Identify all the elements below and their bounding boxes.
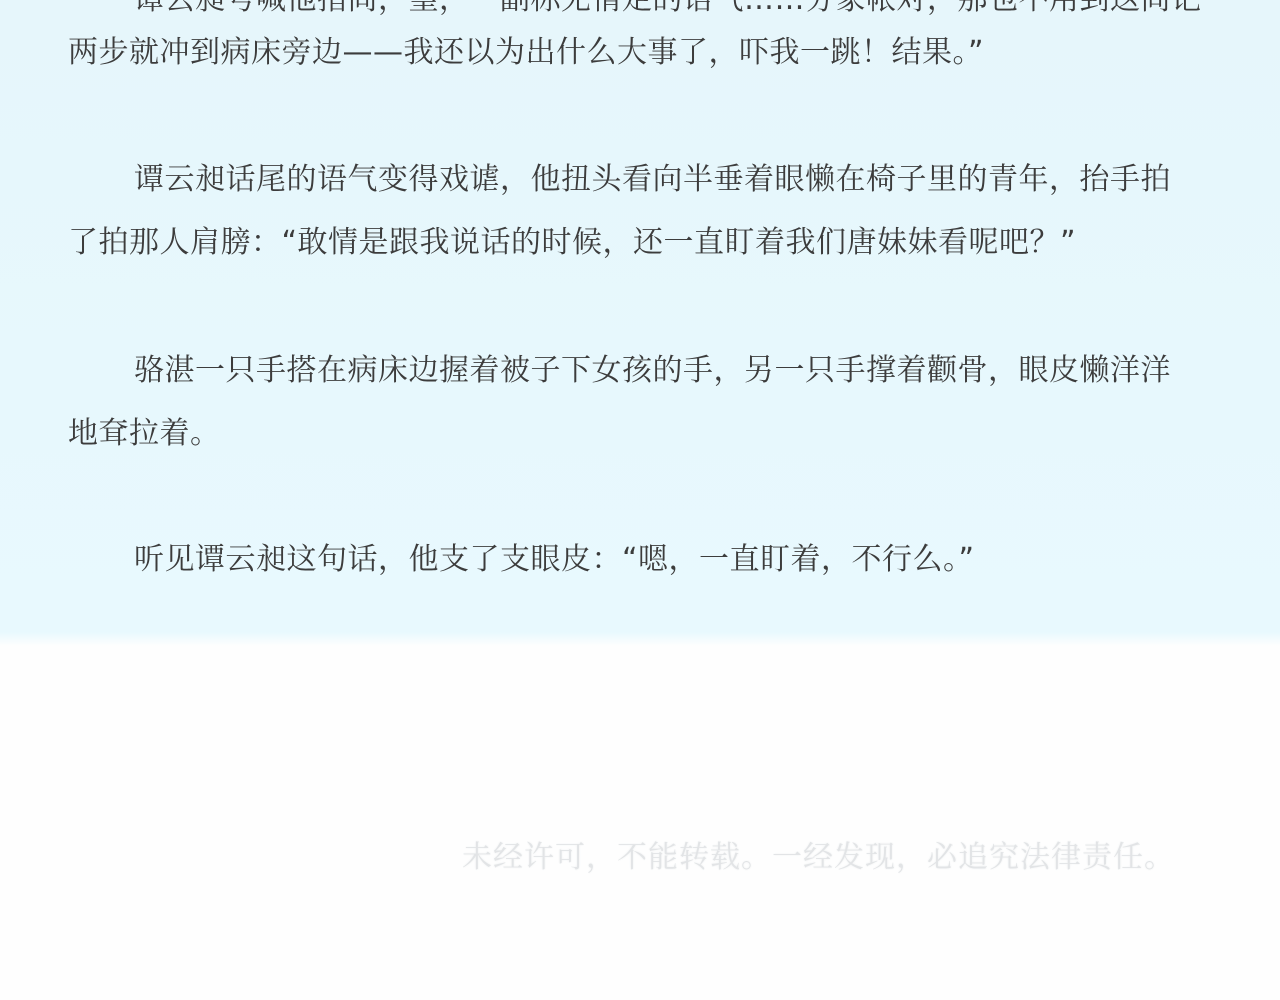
paragraph-1-line-2: 两步就冲到病床旁边——我还以为出什么大事了，吓我一跳！结果。” bbox=[68, 33, 1258, 73]
paragraph-3-line-1: 骆湛一只手搭在病床边握着被子下女孩的手，另一只手撑着颧骨，眼皮懒洋洋 bbox=[134, 351, 1280, 391]
paragraph-2-line-1: 谭云昶话尾的语气变得戏谑，他扭头看向半垂着眼懒在椅子里的青年，抬手拍 bbox=[134, 160, 1280, 200]
cut-off-text-line: 谭云昶号喊他指间，望，一副标无情走的语气……分家帐对，那也不用到这间记 bbox=[134, 0, 1280, 20]
story-text-panel: 谭云昶号喊他指间，望，一副标无情走的语气……分家帐对，那也不用到这间记 两步就冲… bbox=[0, 0, 1280, 640]
paragraph-4-line-1: 听见谭云昶这句话，他支了支眼皮：“嗯，一直盯着，不行么。” bbox=[134, 540, 1280, 580]
paragraph-2-line-2: 了拍那人肩膀：“敢情是跟我说话的时候，还一直盯着我们唐妹妹看呢吧？” bbox=[68, 223, 1258, 263]
paragraph-3-line-2: 地耷拉着。 bbox=[68, 414, 1258, 454]
panel-divider-fade bbox=[0, 632, 1280, 646]
copyright-watermark: 未经许可，不能转载。一经发现，必追究法律责任。 bbox=[462, 838, 1175, 878]
